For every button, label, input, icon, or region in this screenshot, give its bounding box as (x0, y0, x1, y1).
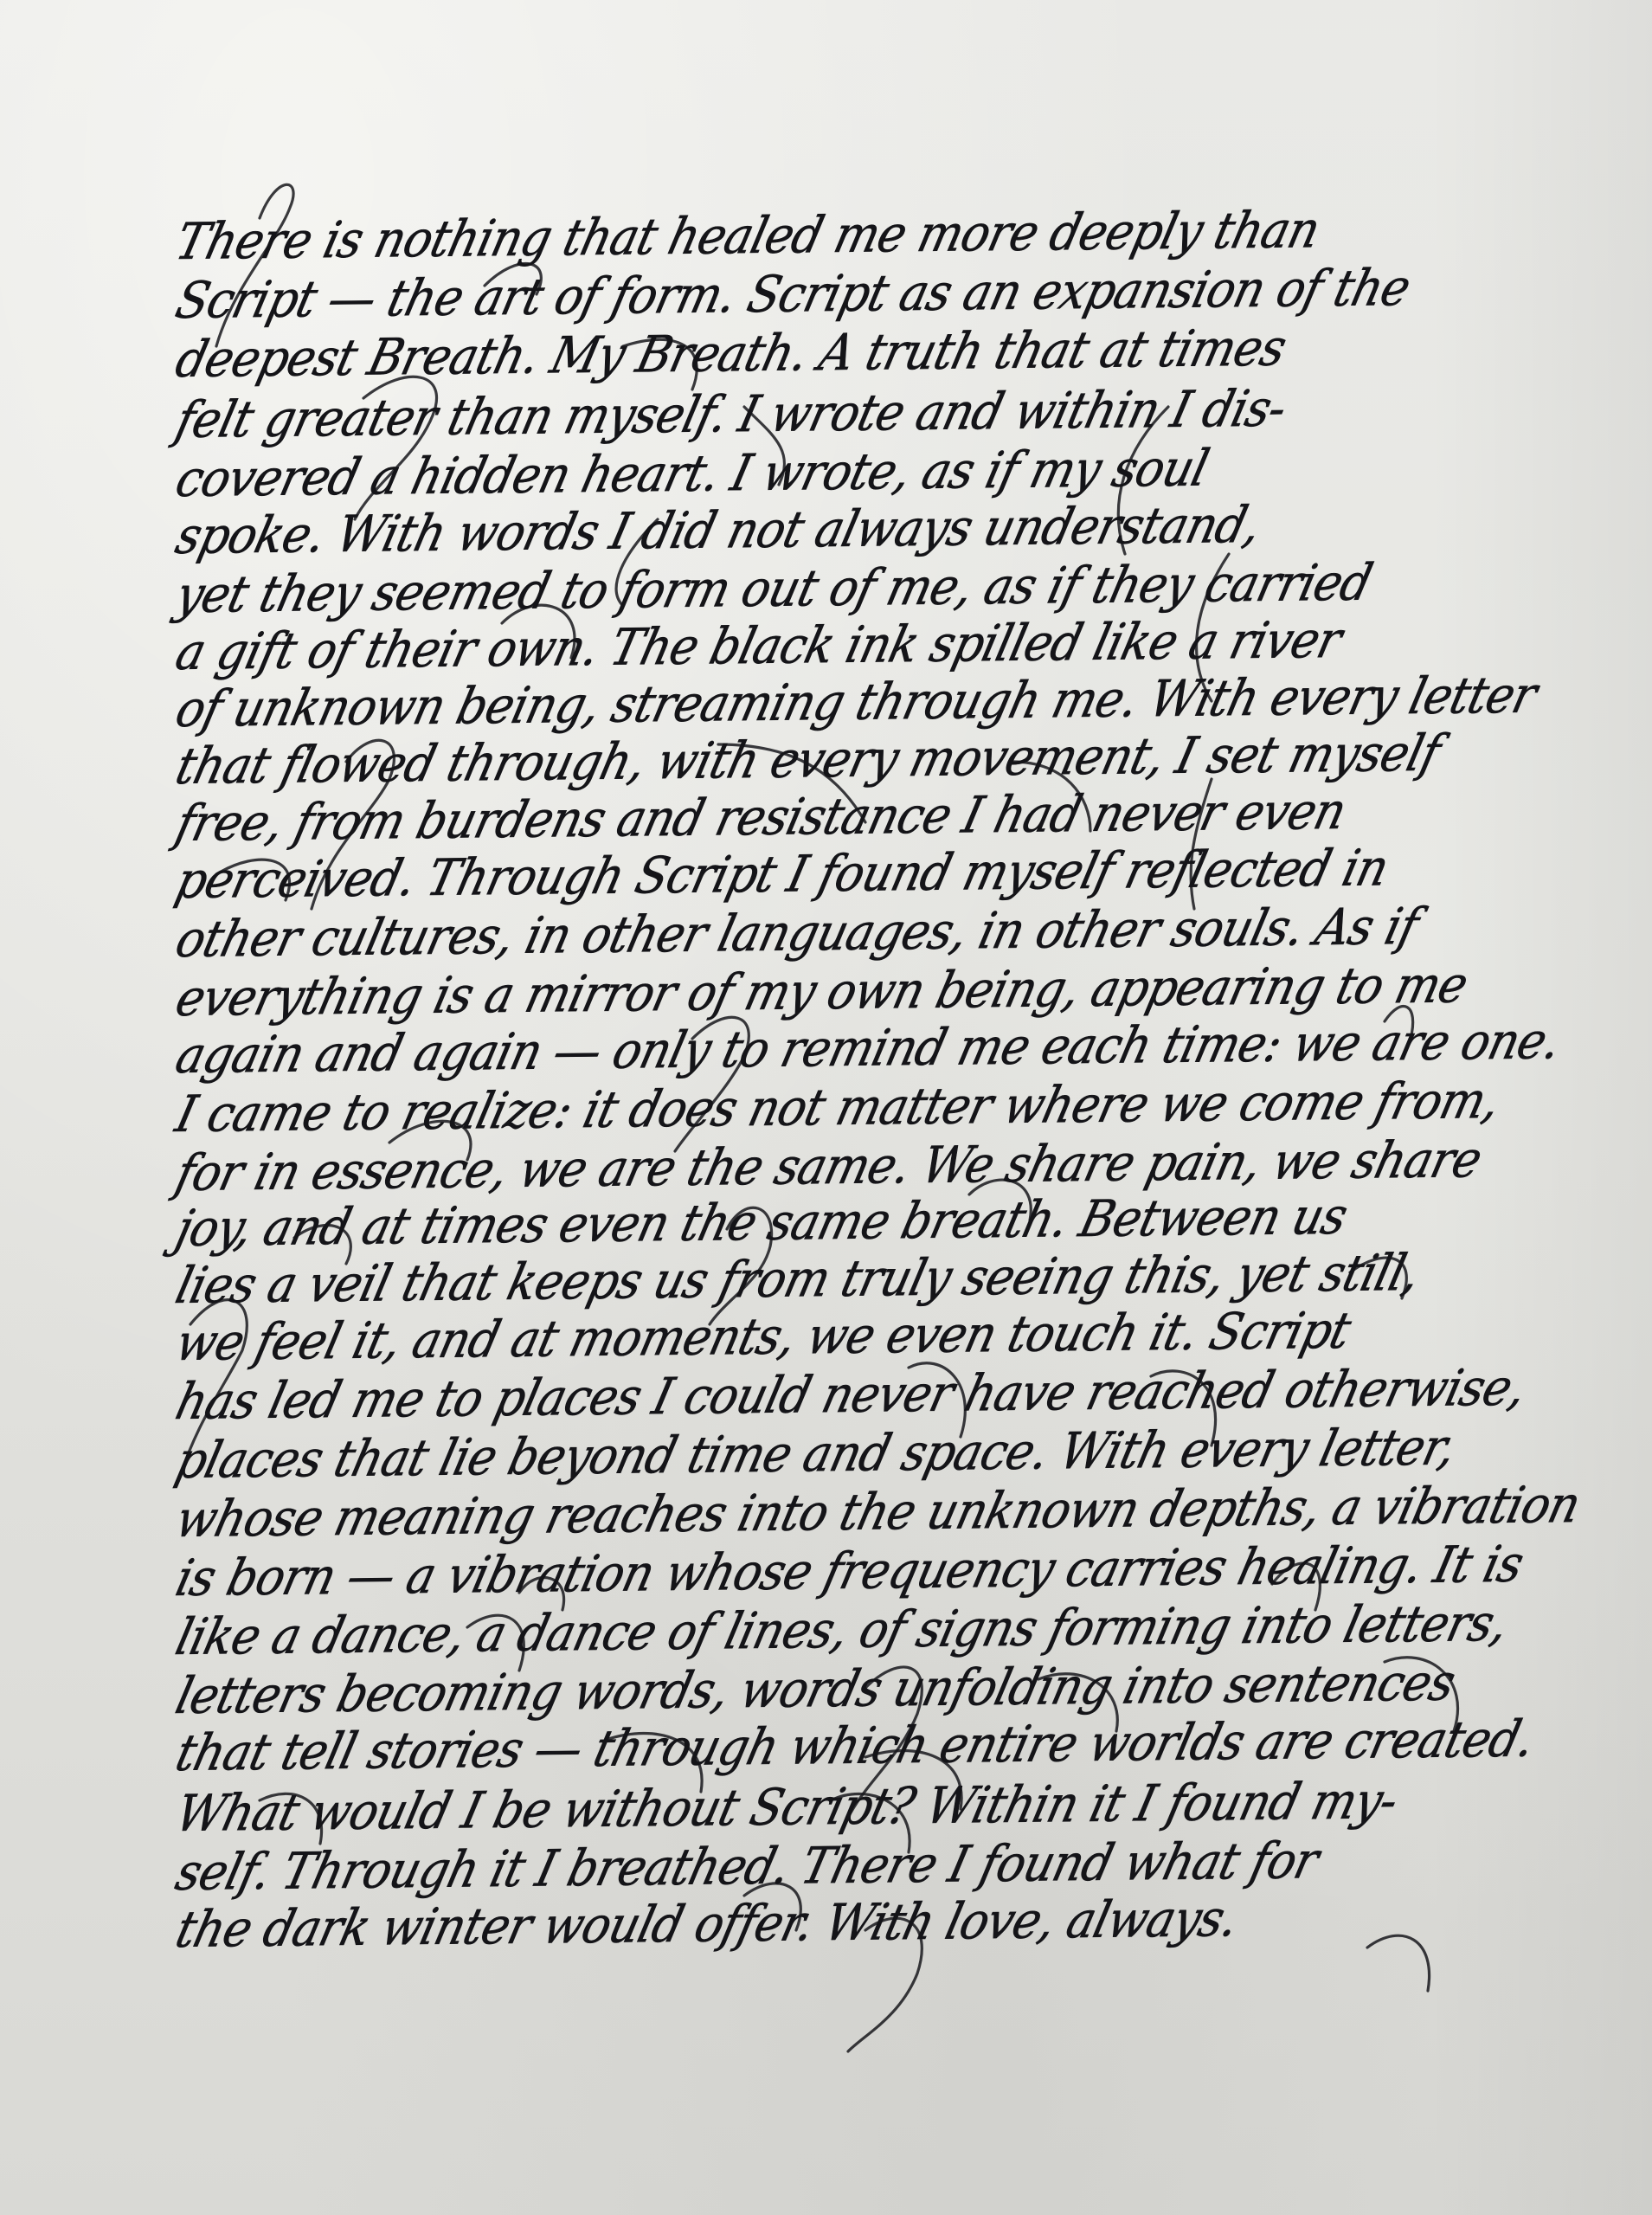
text-line: spoke. With words I did not always under… (170, 495, 1266, 565)
text-line: the dark winter would offer. With love, … (170, 1889, 1244, 1959)
text-line: deepest Breath. My Breath. A truth that … (170, 319, 1292, 389)
